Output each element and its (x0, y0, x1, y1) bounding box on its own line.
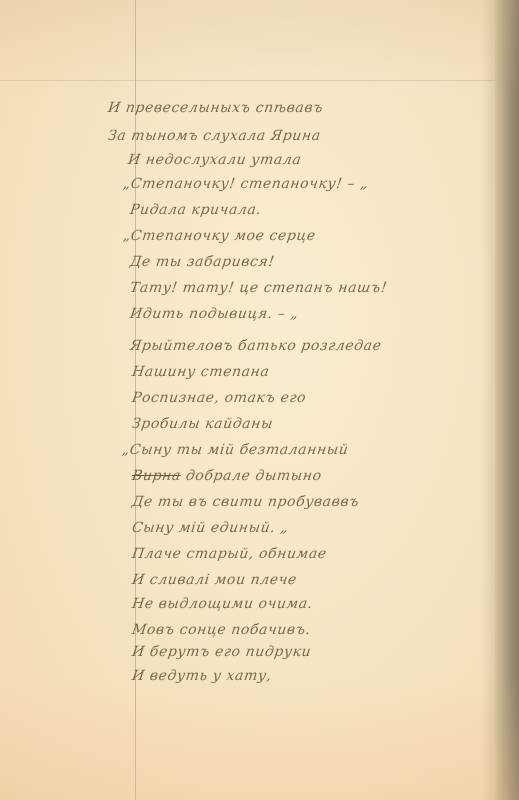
manuscript-line: Сыну мій единый. „ (131, 520, 289, 536)
manuscript-line: И сливалі мои плече (131, 572, 298, 588)
manuscript-line: „Сыну ты мій безталанный (121, 442, 350, 458)
manuscript-line: Не выдлощими очима. (131, 596, 314, 612)
struck-word: Вирна (131, 468, 182, 484)
manuscript-line: И берутъ его пидруки (131, 644, 312, 660)
manuscript-page: И превеселыныхъ спѣвавъЗа тыномъ слухала… (0, 0, 519, 800)
manuscript-line: Нашину степана (131, 364, 271, 380)
manuscript-line: Идить подывиця. – „ (129, 306, 300, 322)
manuscript-line: И ведуть у хату, (131, 668, 273, 684)
line-remainder: добрале дытыно (180, 468, 323, 484)
manuscript-line: „Степаночку! степаночку! – „ (122, 176, 369, 192)
manuscript-line: Ярыйтеловъ батько розгледае (129, 338, 383, 354)
manuscript-line: Мовъ сонце побачивъ. (131, 622, 312, 638)
manuscript-line: И недослухали утала (127, 152, 303, 168)
manuscript-line: Ридала кричала. (129, 202, 263, 218)
manuscript-line: Де ты въ свити пробуваввъ (131, 494, 360, 510)
book-binding-edge (495, 0, 519, 800)
manuscript-line: „Степаночку мое серце (122, 228, 317, 244)
manuscript-line: И превеселыныхъ спѣвавъ (107, 100, 324, 116)
manuscript-line: Плаче старый, обнимае (131, 546, 328, 562)
manuscript-line: За тыномъ слухала Ярина (107, 128, 322, 144)
handwritten-poem: И превеселыныхъ спѣвавъЗа тыномъ слухала… (0, 0, 495, 800)
manuscript-line: Тату! тату! це степанъ нашъ! (129, 280, 388, 296)
manuscript-line: Роспизнае, отакъ его (131, 390, 307, 406)
manuscript-line: Вирна добрале дытыно (131, 468, 323, 484)
manuscript-line: Зробилы кайданы (131, 416, 274, 432)
manuscript-line: Де ты забарився! (129, 254, 276, 270)
